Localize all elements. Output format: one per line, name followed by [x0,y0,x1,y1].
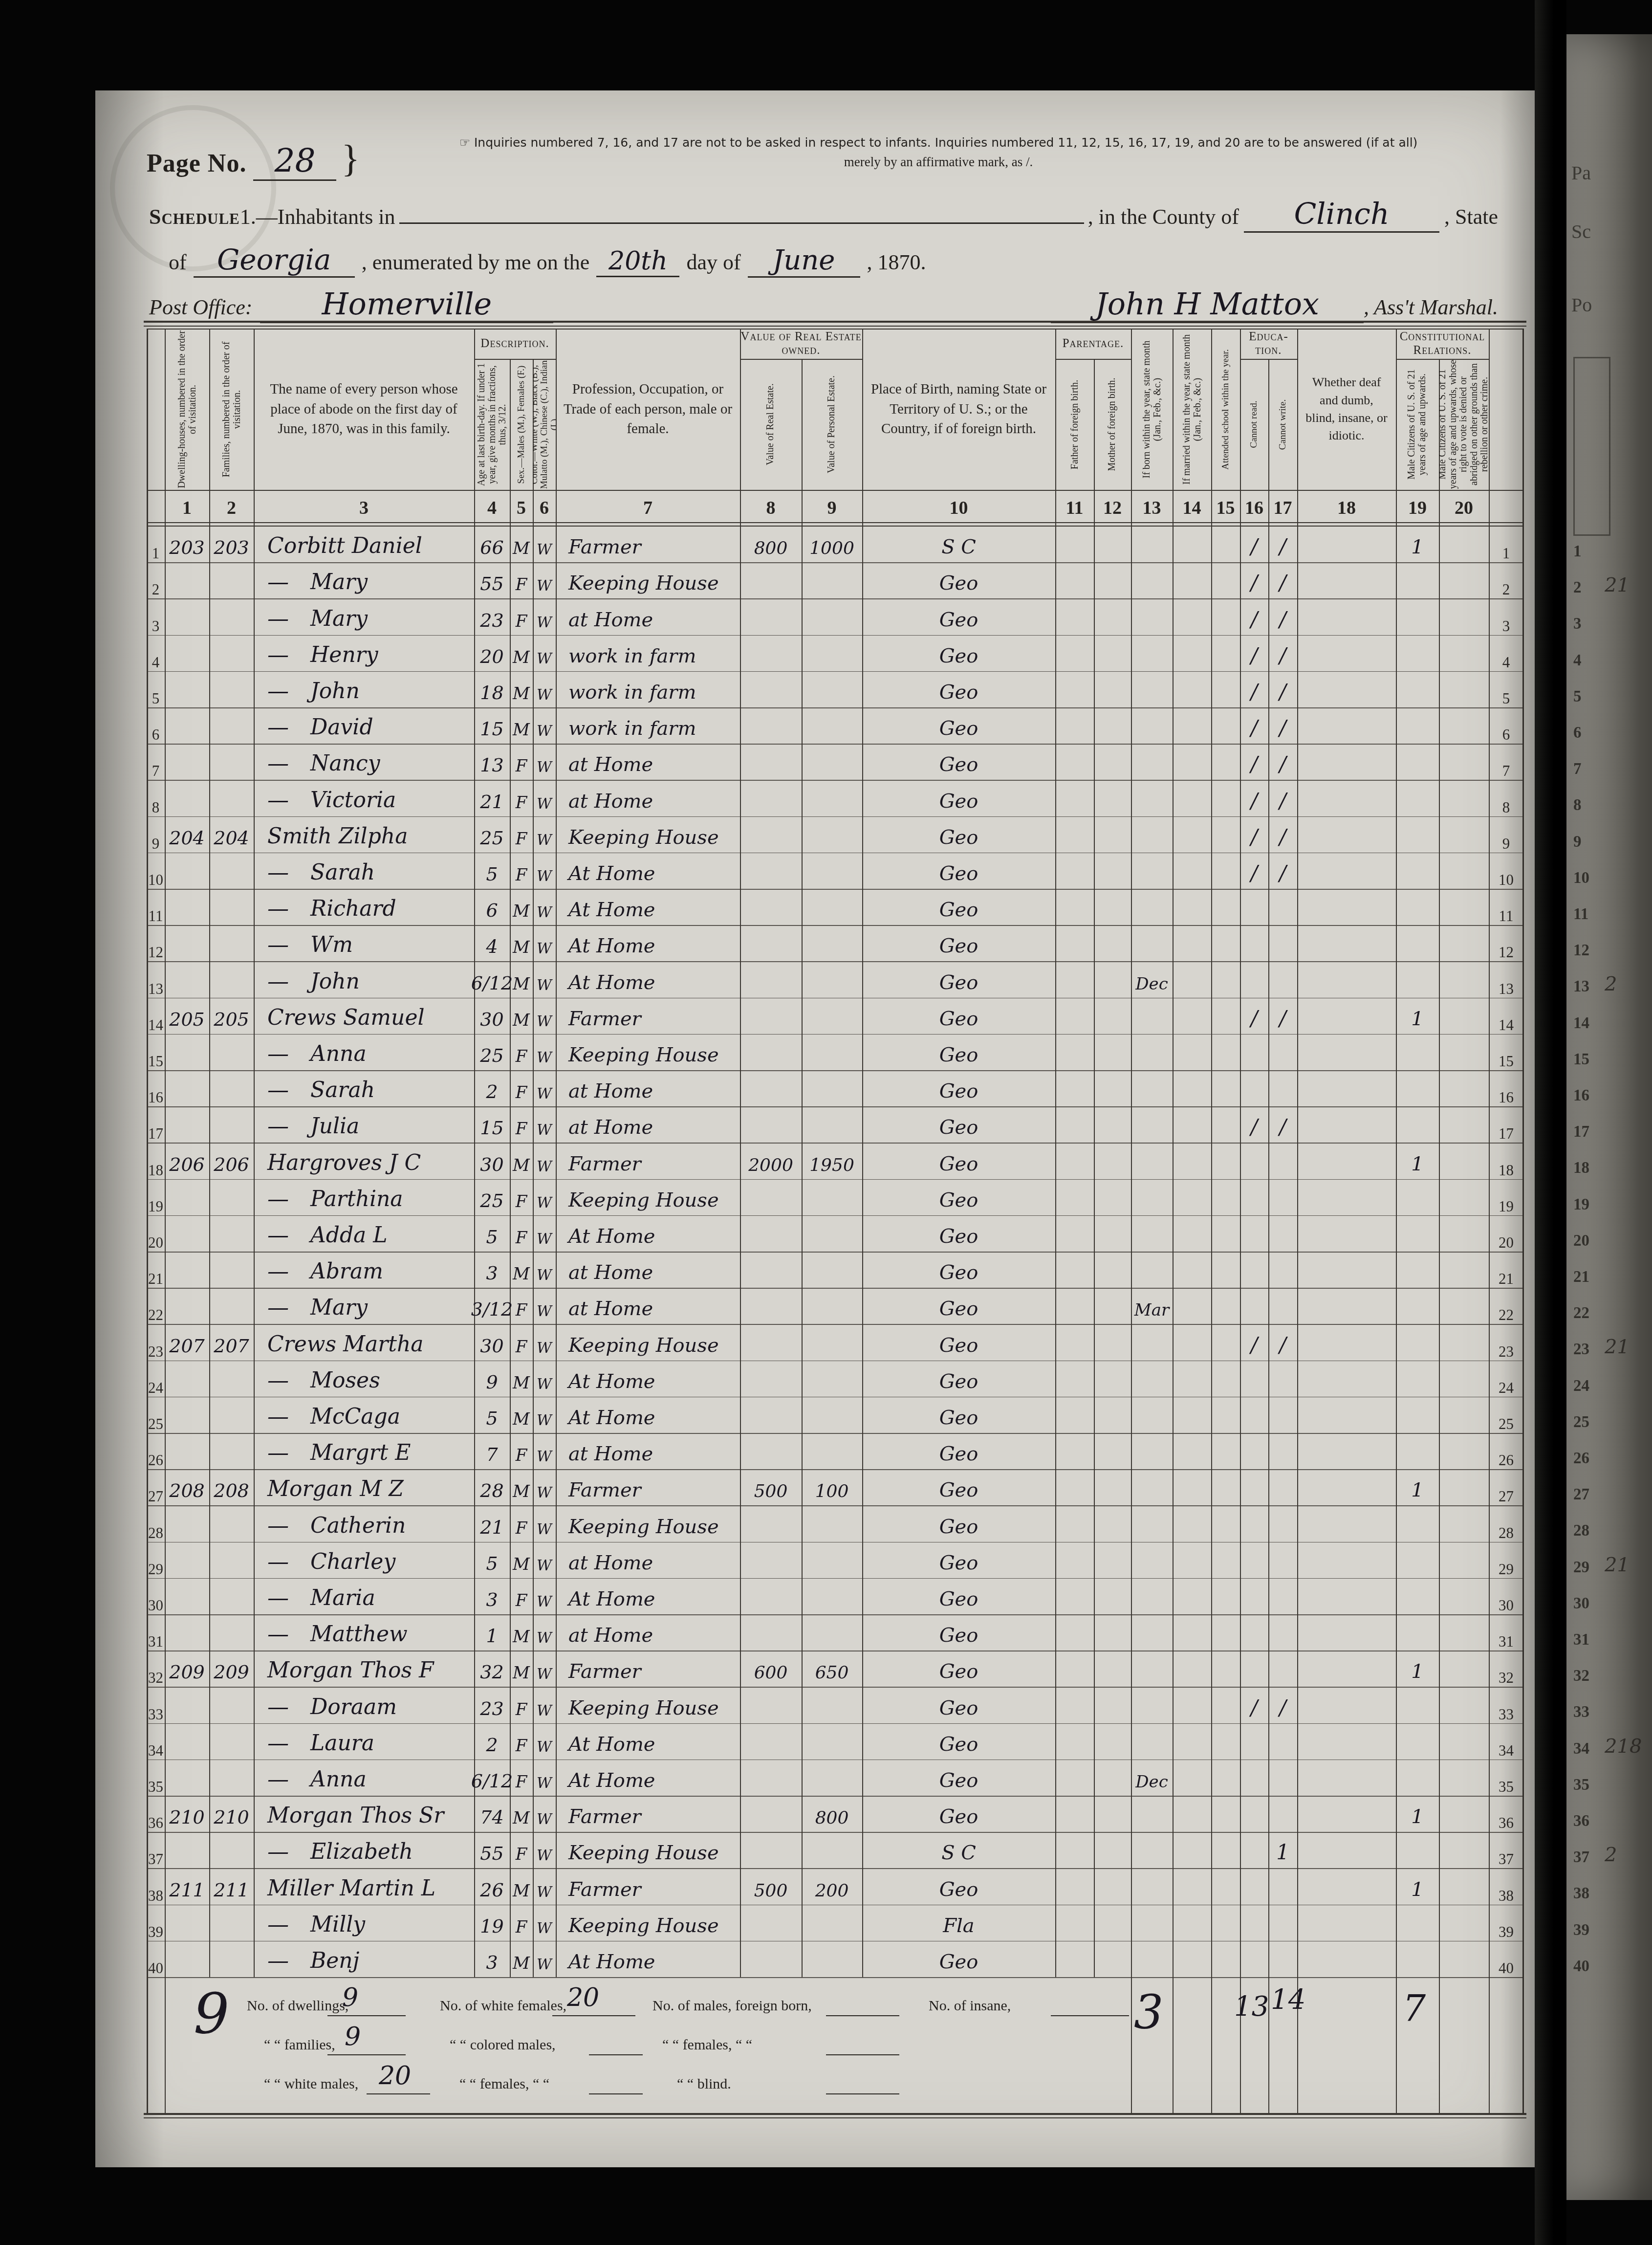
table-rule [1439,359,1440,1977]
next-page-row-number: 6 [1573,724,1582,742]
cell-name: — Moses [254,1361,474,1397]
cell-col: W [533,1252,556,1288]
cell-cit: 1 [1396,1868,1439,1904]
cell-fam: 211 [209,1868,254,1904]
next-page-row-number: 14 [1573,1014,1589,1033]
column-number-16: 16 [1240,490,1268,526]
column-header-2: Families, numbered in the order of visit… [209,329,254,490]
cell-age: 23 [474,1687,510,1723]
cell-age: 23 [474,598,510,635]
cell-w: / [1268,744,1297,780]
column-number-7: 7 [556,490,740,526]
cell-cit: 1 [1396,1469,1439,1505]
cell-col: W [533,1505,556,1541]
footer-label: “ “ colored males, [450,2037,556,2053]
cell-age: 20 [474,635,510,671]
next-page-handwriting-mark: 218 [1605,1735,1642,1758]
footer-blank [826,2093,899,2094]
cell-col: W [533,635,556,671]
cell-name: — Milly [254,1905,474,1941]
cell-r: / [1240,526,1268,562]
table-rule [144,2117,1526,2118]
cell-age: 25 [474,1034,510,1070]
cell-col: W [533,1941,556,1977]
table-rule [144,2113,1526,2115]
next-page-handwriting-mark: 2 [1605,1844,1617,1866]
footer-label: No. of males, foreign born, [652,1998,812,2014]
schedule-word: Schedule [149,204,240,229]
next-page-row-number: 10 [1573,869,1589,887]
cell-sex: M [510,1651,533,1687]
column-group-header: Constitutional Relations. [1396,329,1489,359]
cell-col: W [533,1723,556,1760]
cell-col: W [533,1361,556,1397]
cell-name: — John [254,671,474,707]
next-page-row-number: 7 [1573,760,1582,778]
cell-pe: 1000 [802,526,862,562]
column-header-17: Cannot write. [1268,359,1297,490]
footer-blank [327,2015,406,2016]
cell-bp: Geo [862,1469,1055,1505]
cell-name: Crews Martha [254,1324,474,1360]
cell-sex: F [510,1215,533,1252]
column-header-19: Male Citizens of U. S. of 21 years of ag… [1396,359,1439,490]
cell-age: 25 [474,816,510,853]
cell-sex: M [510,998,533,1034]
table-rule [1396,1977,1397,2113]
column-number-13: 13 [1131,490,1173,526]
cell-sex: F [510,1832,533,1868]
cell-sex: M [510,1469,533,1505]
cell-occ: at Home [556,744,740,780]
next-page-row-number: 32 [1573,1667,1589,1685]
cell-col: W [533,889,556,925]
column-header-20: Male Citizens of U. S. of 21 years of ag… [1439,359,1489,490]
table-rule [1094,359,1095,1977]
cell-occ: at Home [556,1252,740,1288]
column-number-17: 17 [1268,490,1297,526]
cell-occ: Farmer [556,998,740,1034]
cell-bp: Geo [862,671,1055,707]
column-header-16: Cannot read. [1240,359,1268,490]
cell-born: Dec [1131,1760,1173,1796]
cell-fam: 207 [209,1324,254,1360]
cell-name: — Mary [254,1288,474,1324]
next-page-row-number: 4 [1573,652,1582,670]
column-header-label-20: Male Citizens of U. S. of 21 years of ag… [1439,359,1489,490]
column-header-5: Sex.—Males (M.), Females (F.) [510,359,533,490]
cell-col: W [533,598,556,635]
cell-age: 74 [474,1796,510,1832]
footer-blank [1051,2015,1129,2016]
cell-sex: M [510,925,533,961]
cell-occ: at Home [556,780,740,816]
column-header-label-17: Cannot write. [1268,359,1297,490]
cell-name: Morgan Thos F [254,1651,474,1687]
cell-name: — David [254,707,474,744]
cell-r: / [1240,780,1268,816]
cell-bp: Geo [862,1723,1055,1760]
cell-dw: 204 [165,816,209,853]
cell-col: W [533,816,556,853]
cell-occ: Keeping House [556,1832,740,1868]
table-rule [1439,1977,1440,2113]
cell-name: — Doraam [254,1687,474,1723]
cell-occ: at Home [556,1433,740,1469]
cell-r: / [1240,671,1268,707]
cell-name: — Mary [254,562,474,598]
cell-name: Morgan Thos Sr [254,1796,474,1832]
column-number-11: 11 [1055,490,1094,526]
footer-margin-tally: 9 [194,1981,229,2047]
cell-sex: M [510,1941,533,1977]
cell-name: — Charley [254,1542,474,1578]
table-rule [1211,329,1212,1977]
cell-name: Miller Martin L [254,1868,474,1904]
cell-occ: Keeping House [556,1324,740,1360]
column-header-label-11: Father of foreign birth. [1055,359,1094,490]
next-page-handwriting-mark: 21 [1605,574,1630,596]
cell-col: W [533,1832,556,1868]
cell-name: — Adda L [254,1215,474,1252]
cell-age: 66 [474,526,510,562]
next-page-row-number: 15 [1573,1051,1589,1069]
cell-col: W [533,744,556,780]
column-number-18: 18 [1297,490,1396,526]
cell-fam: 205 [209,998,254,1034]
cell-age: 6/12 [474,961,510,997]
page-no-label: Page No. [147,149,246,178]
cell-sex: M [510,1542,533,1578]
cell-occ: work in farm [556,707,740,744]
cell-fam: 209 [209,1651,254,1687]
cell-sex: F [510,816,533,853]
cell-bp: Geo [862,1361,1055,1397]
cell-occ: Keeping House [556,1034,740,1070]
column-header-6: Color.—White (W.), Black (B.), Mulatto (… [533,359,556,490]
column-header-12: Mother of foreign birth. [1094,359,1131,490]
cell-sex: M [510,1143,533,1179]
next-page-row-number: 22 [1573,1304,1589,1322]
cell-dw: 208 [165,1469,209,1505]
footer-cannot-read-total: 13 [1234,1991,1269,2023]
cell-bp: Geo [862,780,1055,816]
footer-born-month-total: 3 [1134,1986,1163,2040]
cell-bp: Geo [862,1651,1055,1687]
column-header-11: Father of foreign birth. [1055,359,1094,490]
inquiries-note: ☞ Inquiries numbered 7, 16, and 17 are n… [369,133,1508,172]
cell-col: W [533,1469,556,1505]
cell-occ: At Home [556,1361,740,1397]
cell-occ: Keeping House [556,562,740,598]
marshal-title: , Ass't Marshal. [1364,295,1498,320]
table-rule [1489,1977,1490,2113]
cell-bp: Geo [862,998,1055,1034]
column-header-label-14: If married within the year, state month … [1173,329,1211,490]
table-rule [144,321,1526,323]
cell-name: — Maria [254,1578,474,1614]
cell-cit: 1 [1396,1143,1439,1179]
table-rule [1131,329,1132,1977]
next-page-row-number: 34 [1573,1740,1589,1758]
cell-w: / [1268,526,1297,562]
column-group-header: Parentage. [1055,329,1131,359]
cell-sex: M [510,635,533,671]
next-page-row-number: 12 [1573,942,1589,960]
next-page-row-number: 39 [1573,1921,1589,1939]
cell-age: 30 [474,1143,510,1179]
cell-age: 3 [474,1252,510,1288]
cell-w: / [1268,562,1297,598]
page-no-value: 28 [253,142,336,181]
next-page-row-number: 33 [1573,1703,1589,1721]
cell-col: W [533,1034,556,1070]
dayof-label: day of [686,250,740,275]
column-number-9: 9 [802,490,862,526]
cell-bp: Geo [862,1143,1055,1179]
next-page-row-number: 1 [1573,543,1582,561]
cell-w: 1 [1268,1832,1297,1868]
cell-bp: Geo [862,1687,1055,1723]
cell-age: 21 [474,780,510,816]
column-number-6: 6 [533,490,556,526]
row-number-right: 40 [1489,1941,1523,1984]
cell-sex: M [510,707,533,744]
cell-bp: Fla [862,1905,1055,1941]
cell-name: — Wm [254,925,474,961]
cell-occ: At Home [556,853,740,889]
cell-name: — Elizabeth [254,1832,474,1868]
next-page-header-sliver [1573,357,1610,536]
column-header-label-15: Attended school within the year. [1211,329,1240,490]
cell-age: 2 [474,1723,510,1760]
footer-label: “ “ white males, [264,2076,358,2092]
cell-age: 28 [474,1469,510,1505]
next-page-row-number: 40 [1573,1958,1589,1976]
cell-col: W [533,1288,556,1324]
enum-label: , enumerated by me on the [362,250,590,275]
census-scan-photo: { "header": { "page_no_label": "Page No.… [0,0,1652,2245]
cell-pe: 1950 [802,1143,862,1179]
cell-name: — Victoria [254,780,474,816]
page-number-row: Page No. 28 } [147,137,360,181]
cell-w: / [1268,671,1297,707]
column-group-header: Description. [474,329,556,359]
cell-col: W [533,1106,556,1143]
cell-col: W [533,1070,556,1106]
footer-label: “ “ females, “ “ [662,2037,752,2053]
cell-cit: 1 [1396,1796,1439,1832]
marshal-signature: John H Mattox [1051,286,1364,323]
cell-sex: F [510,1578,533,1614]
next-page-row-number: 38 [1573,1885,1589,1903]
cell-r: / [1240,562,1268,598]
cell-col: W [533,1760,556,1796]
cell-age: 18 [474,671,510,707]
cell-bp: Geo [862,598,1055,635]
cell-sex: M [510,1796,533,1832]
cell-name: — Benj [254,1941,474,1977]
cell-sex: M [510,961,533,997]
cell-r: / [1240,998,1268,1034]
table-rule [144,326,1526,327]
cell-sex: F [510,598,533,635]
cell-age: 30 [474,998,510,1034]
next-page-handwriting-mark: 2 [1605,973,1617,995]
next-page-row-number: 28 [1573,1522,1589,1540]
census-page: Page No. 28 } ☞ Inquiries numbered 7, 16… [95,90,1535,2167]
post-office-label: Post Office: [149,295,252,320]
cell-fam: 208 [209,1469,254,1505]
cell-bp: Geo [862,744,1055,780]
cell-col: W [533,1868,556,1904]
footer-value: 9 [342,1983,358,2012]
cell-w: / [1268,780,1297,816]
next-page-row-number: 37 [1573,1849,1589,1867]
cell-age: 5 [474,1215,510,1252]
cell-name: Smith Zilpha [254,816,474,853]
column-header-3: The name of every person whose place of … [254,329,474,490]
cell-age: 15 [474,707,510,744]
cell-w: / [1268,598,1297,635]
cell-w: / [1268,998,1297,1034]
cell-name: Corbitt Daniel [254,526,474,562]
cell-name: — Matthew [254,1614,474,1651]
cell-sex: M [510,889,533,925]
column-group-header: Value of Real Estate owned. [740,329,862,359]
footer-label: “ “ families, [264,2037,335,2053]
column-number-4: 4 [474,490,510,526]
cell-bp: Geo [862,1433,1055,1469]
cell-name: Morgan M Z [254,1469,474,1505]
next-page-handwriting-mark: 21 [1605,1336,1630,1358]
book-gutter [1535,0,1566,2245]
cell-name: — Catherin [254,1505,474,1541]
column-group-header: Educa- tion. [1240,329,1297,359]
footer-value: 20 [567,1983,599,2012]
cell-sex: F [510,562,533,598]
cell-name: — Margrt E [254,1433,474,1469]
cell-re: 500 [740,1469,802,1505]
day-value: 20th [596,246,679,277]
cell-sex: F [510,744,533,780]
schedule-line: Schedule 1.—Inhabitants in , in the Coun… [149,197,1498,233]
footer-value: 20 [379,2061,411,2091]
cell-age: 55 [474,562,510,598]
cell-col: W [533,1614,556,1651]
cell-r: / [1240,598,1268,635]
next-page-row-number: 2 [1573,579,1582,597]
cell-col: W [533,1324,556,1360]
column-number-10: 10 [862,490,1055,526]
cell-age: 7 [474,1433,510,1469]
cell-occ: Keeping House [556,1179,740,1215]
footer-blank [552,2015,635,2016]
cell-dw: 206 [165,1143,209,1179]
column-number-5: 5 [510,490,533,526]
cell-occ: at Home [556,1070,740,1106]
next-page-row-number: 19 [1573,1196,1589,1214]
cell-name: Crews Samuel [254,998,474,1034]
column-header-label-4: Age at last birth-day. If under 1 year, … [474,359,510,490]
column-number-15: 15 [1211,490,1240,526]
cell-bp: Geo [862,1106,1055,1143]
county-label: , in the County of [1088,204,1239,229]
column-number-2: 2 [209,490,254,526]
cell-name: — Anna [254,1034,474,1070]
cell-re: 600 [740,1651,802,1687]
footer-value: 9 [345,2022,361,2051]
footer-label: No. of dwellings, [247,1998,348,2014]
column-header-label-13: If born within the year, state month (Ja… [1131,329,1173,490]
cell-occ: at Home [556,1106,740,1143]
state-value: Georgia [194,243,355,278]
column-header-1: Dwelling-houses, numbered in the order o… [165,329,209,490]
cell-sex: F [510,780,533,816]
cell-name: — Henry [254,635,474,671]
cell-sex: F [510,1070,533,1106]
column-number-8: 8 [740,490,802,526]
column-number-14: 14 [1173,490,1211,526]
cell-occ: Keeping House [556,1687,740,1723]
cell-age: 3 [474,1578,510,1614]
cell-occ: at Home [556,1288,740,1324]
cell-age: 4 [474,925,510,961]
post-office-value: Homerville [260,286,553,323]
cell-sex: M [510,1397,533,1433]
next-page-row-number: 31 [1573,1631,1589,1649]
cell-bp: Geo [862,1578,1055,1614]
inquiries-line2: merely by an affirmative mark, as /. [369,152,1508,172]
cell-sex: M [510,1868,533,1904]
cell-col: W [533,1215,556,1252]
footer-citizens-total: 7 [1403,1988,1426,2030]
column-header-label-9: Value of Personal Estate. [802,359,862,490]
cell-col: W [533,925,556,961]
cell-sex: F [510,1905,533,1941]
cell-cit: 1 [1396,526,1439,562]
next-page-row-number: 29 [1573,1559,1589,1577]
table-rule [165,1977,166,2113]
cell-occ: work in farm [556,635,740,671]
cell-bp: Geo [862,1796,1055,1832]
cell-name: — Laura [254,1723,474,1760]
cell-col: W [533,707,556,744]
next-page-row-number: 9 [1573,833,1582,851]
row-rule [147,1977,1523,1978]
cell-r: / [1240,635,1268,671]
cell-name: Hargroves J C [254,1143,474,1179]
cell-name: — Mary [254,598,474,635]
footer-label: “ “ females, “ “ [459,2076,549,2092]
next-page-row-number: 27 [1573,1486,1589,1504]
cell-occ: Keeping House [556,1505,740,1541]
cell-occ: work in farm [556,671,740,707]
cell-age: 19 [474,1905,510,1941]
next-page-fragment: Pa [1571,161,1591,184]
cell-col: W [533,998,556,1034]
cell-age: 25 [474,1179,510,1215]
cell-age: 6/12 [474,1760,510,1796]
state-label: , State [1444,204,1498,229]
footer-label: No. of white females, [440,1998,566,2014]
year-label: , 1870. [867,250,926,275]
next-page-row-number: 30 [1573,1595,1589,1613]
cell-bp: Geo [862,1215,1055,1252]
cell-r: / [1240,816,1268,853]
cell-occ: Farmer [556,526,740,562]
column-header-18: Whether deaf and dumb, blind, insane, or… [1297,329,1396,490]
